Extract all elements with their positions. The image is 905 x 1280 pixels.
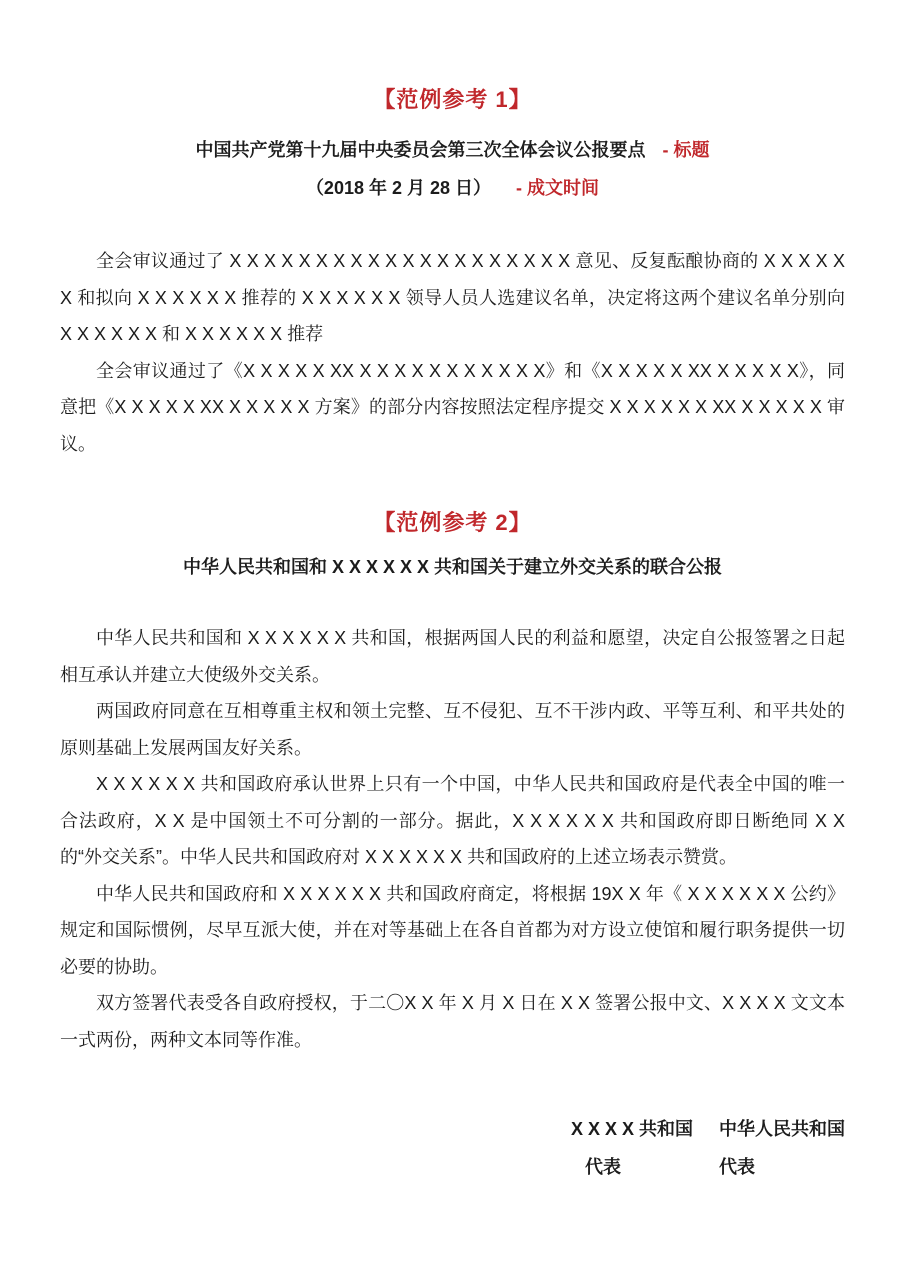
signature-block: X X X X 共和国 代表 中华人民共和国 代表 (60, 1116, 845, 1180)
signature-left-column: X X X X 共和国 代表 (571, 1116, 693, 1180)
paragraph: 全会审议通过了《X X X X X XX X X X X X X X X X X… (60, 353, 845, 463)
example1-title-line: 中国共产党第十九届中央委员会第三次全体会议公报要点 - 标题 (60, 137, 845, 163)
paragraph: 中华人民共和国和 X X X X X X 共和国，根据两国人民的利益和愿望，决定… (60, 620, 845, 693)
paragraph: 全会审议通过了 X X X X X X X X X X X X X X X X … (60, 243, 845, 353)
paragraph: X X X X X X 共和国政府承认世界上只有一个中国，中华人民共和国政府是代… (60, 766, 845, 876)
title-annotation: - 标题 (663, 140, 710, 160)
signature-right-column: 中华人民共和国 代表 (719, 1116, 845, 1180)
example1-heading: 【范例参考 1】 (60, 85, 845, 115)
example1-document-title: 中国共产党第十九届中央委员会第三次全体会议公报要点 (195, 140, 645, 160)
example2-heading: 【范例参考 2】 (60, 508, 845, 538)
example2-document-title: 中华人民共和国和 X X X X X X 共和国关于建立外交关系的联合公报 (183, 557, 722, 577)
example2-title-line: 中华人民共和国和 X X X X X X 共和国关于建立外交关系的联合公报 (60, 554, 845, 580)
date-annotation: - 成文时间 (516, 178, 599, 198)
example2-body: 中华人民共和国和 X X X X X X 共和国，根据两国人民的利益和愿望，决定… (60, 620, 845, 1058)
document-page: 【范例参考 1】 中国共产党第十九届中央委员会第三次全体会议公报要点 - 标题 … (0, 0, 905, 1280)
signature-left-party: X X X X 共和国 (571, 1116, 693, 1142)
paragraph: 双方签署代表受各自政府授权，于二〇X X 年 X 月 X 日在 X X 签署公报… (60, 985, 845, 1058)
paragraph: 两国政府同意在互相尊重主权和领土完整、互不侵犯、互不干涉内政、平等互利、和平共处… (60, 693, 845, 766)
signature-right-party: 中华人民共和国 (719, 1116, 845, 1142)
example1-body: 全会审议通过了 X X X X X X X X X X X X X X X X … (60, 243, 845, 462)
signature-right-role: 代表 (719, 1154, 845, 1180)
paragraph: 中华人民共和国政府和 X X X X X X 共和国政府商定，将根据 19X X… (60, 876, 845, 986)
example1-date-line: （2018 年 2 月 28 日） - 成文时间 (60, 175, 845, 201)
signature-left-role: 代表 (571, 1154, 693, 1180)
example1-document-date: （2018 年 2 月 28 日） (306, 178, 491, 198)
